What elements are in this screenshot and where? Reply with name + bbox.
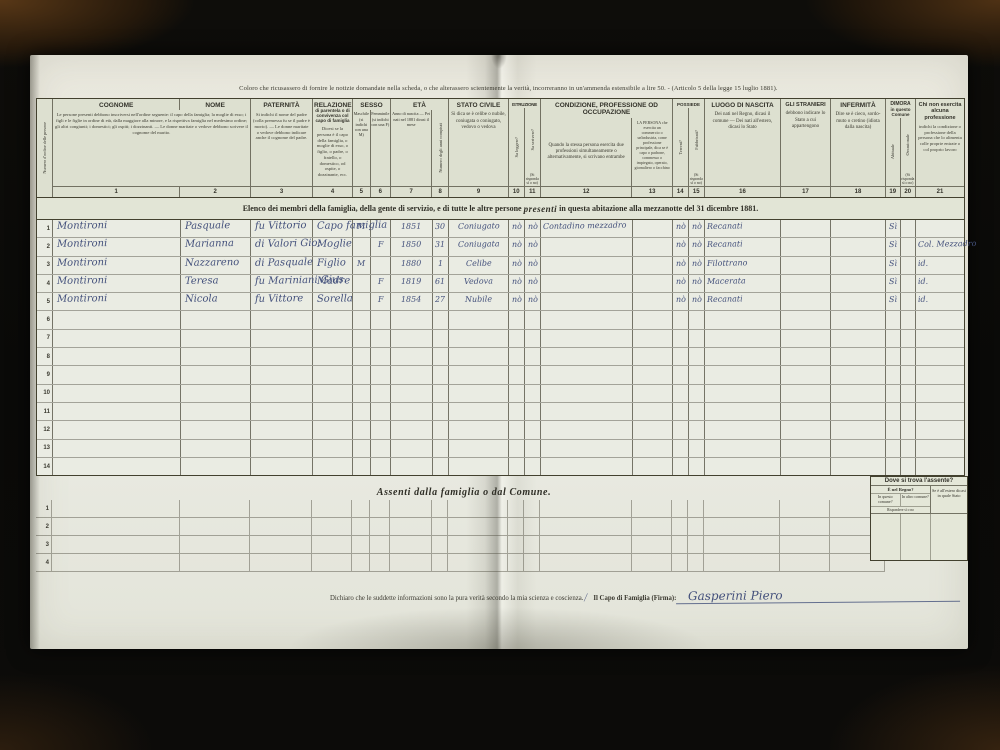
row-cell — [250, 536, 312, 553]
row-cell — [886, 385, 901, 402]
row-cell: nò — [673, 293, 689, 310]
row-cell: Recanati — [705, 238, 781, 255]
row-cell — [371, 348, 391, 365]
row-cell — [352, 554, 370, 571]
row-cell: 1850 — [391, 238, 433, 255]
declaration-line: Dichiaro che le suddette informazioni so… — [330, 589, 960, 604]
row-cell — [886, 366, 901, 383]
row-cell — [705, 348, 781, 365]
handwritten-entry: id. — [916, 295, 928, 304]
row-cell: Sì — [886, 238, 901, 255]
row-cell — [673, 385, 689, 402]
handwritten-entry: nò — [511, 277, 521, 286]
condizione-desc-col: Quando la stessa persona esercita due pr… — [541, 118, 632, 197]
absent-box-cell — [871, 514, 901, 560]
row-cell — [449, 458, 509, 475]
handwritten-entry: 1850 — [401, 240, 422, 249]
handwritten-entry: Teresa — [181, 275, 219, 287]
istruzione-title: ISTRUZIONE — [509, 99, 540, 108]
row-cell — [390, 554, 432, 571]
table-row: 10 — [37, 385, 964, 403]
row-number: 13 — [37, 440, 53, 457]
row-cell — [432, 500, 448, 517]
row-cell: nò — [509, 220, 525, 237]
row-cell — [313, 366, 353, 383]
handwritten-entry: Recanati — [705, 221, 743, 231]
absent-box-estero-label: Se è all'estero dicasi in quale Stato — [931, 486, 967, 513]
row-cell — [371, 330, 391, 347]
row-cell — [524, 536, 540, 553]
handwritten-entry: Pasquale — [181, 220, 230, 232]
dimora-occasionale-col: Occasionale (Si risponda sì o no) 20 — [901, 118, 915, 197]
col-num-10: 10 — [509, 186, 524, 197]
row-cell — [831, 257, 886, 274]
row-cell — [541, 385, 633, 402]
row-cell: Pasquale — [181, 220, 251, 237]
col-num-19: 19 — [886, 186, 900, 197]
row-cell — [831, 293, 886, 310]
row-cell — [181, 440, 251, 457]
handwritten-entry: nò — [691, 295, 701, 304]
handwritten-entry: M — [357, 222, 365, 231]
sesso-femminile-label: Femminile (si indichi con una F) — [371, 110, 390, 186]
handwritten-entry: Montironi — [53, 220, 108, 232]
row-cell — [251, 366, 313, 383]
dimora-abituale-col: Abituale 19 — [886, 118, 901, 197]
handwritten-entry: 30 — [435, 222, 445, 231]
row-cell — [312, 536, 352, 553]
row-cell: Moglie — [313, 238, 353, 255]
row-number: 12 — [37, 421, 53, 438]
row-cell — [831, 220, 886, 237]
row-cell — [540, 500, 632, 517]
table-row: 2 — [36, 518, 885, 536]
row-cell — [916, 220, 964, 237]
row-cell — [508, 500, 524, 517]
row-cell — [688, 554, 704, 571]
handwritten-entry: Sì — [889, 259, 897, 268]
row-cell — [432, 554, 448, 571]
handwritten-entry: nò — [691, 240, 701, 249]
row-cell: nò — [525, 257, 541, 274]
handwritten-entry: nò — [675, 295, 685, 304]
row-cell — [352, 500, 370, 517]
handwritten-entry: Nicola — [181, 294, 218, 306]
col-num-12: 12 — [541, 186, 631, 197]
luogo-nascita-title: LUOGO DI NASCITA — [705, 99, 780, 110]
row-cell — [353, 385, 371, 402]
row-cell — [370, 500, 390, 517]
handwritten-entry: nò — [511, 222, 521, 231]
col-num-9: 9 — [449, 186, 508, 197]
row-cell: Nicola — [181, 293, 251, 310]
row-cell — [353, 348, 371, 365]
row-cell — [781, 385, 831, 402]
row-cell: nò — [673, 257, 689, 274]
row-cell — [525, 458, 541, 475]
col-dimora-header: DIMORA in questo Comune Abituale 19 Occa… — [886, 99, 916, 197]
row-cell — [916, 440, 964, 457]
row-cell — [312, 500, 352, 517]
row-cell — [705, 311, 781, 328]
row-cell — [251, 311, 313, 328]
table-row: 4MontironiTeresafu Mariniani Gius.MadreF… — [37, 275, 964, 293]
row-cell — [916, 348, 964, 365]
row-cell: 1 — [433, 257, 449, 274]
row-number: 2 — [37, 238, 53, 255]
table-header: Numero d'ordine delle persone COGNOME NO… — [37, 99, 964, 198]
row-cell — [313, 440, 353, 457]
row-cell — [181, 458, 251, 475]
row-cell: Coniugato — [449, 220, 509, 237]
row-cell — [632, 554, 672, 571]
row-cell — [633, 385, 673, 402]
row-cell — [371, 385, 391, 402]
row-cell — [390, 500, 432, 517]
row-cell — [181, 330, 251, 347]
row-cell — [391, 403, 433, 420]
row-cell — [541, 330, 633, 347]
col-num-2: 2 — [180, 187, 250, 197]
row-cell — [672, 536, 688, 553]
table-row: 6 — [37, 311, 964, 329]
terreni-label: Terreni? — [678, 140, 683, 155]
row-cell — [689, 440, 705, 457]
dimora-abituale-label: Abituale — [890, 144, 895, 159]
row-cell — [390, 518, 432, 535]
row-cell — [689, 366, 705, 383]
possiede-note: (Si risponda sì o no) — [689, 172, 704, 186]
row-cell — [433, 403, 449, 420]
terreni-col: Terreni? 14 — [673, 108, 689, 197]
row-cell: Montironi — [53, 275, 181, 292]
row-cell — [508, 554, 524, 571]
row-cell — [916, 385, 964, 402]
handwritten-entry: 27 — [435, 295, 445, 304]
handwritten-entry: Madre — [313, 275, 350, 287]
row-cell: di Valori Gio: — [251, 238, 313, 255]
row-cell — [432, 518, 448, 535]
row-cell — [541, 238, 633, 255]
col-sesso-header: SESSO Maschile (si indichi con una M) 5 … — [353, 99, 391, 197]
row-cell: 1880 — [391, 257, 433, 274]
row-cell: id. — [916, 275, 964, 292]
row-cell: Celibe — [449, 257, 509, 274]
row-cell — [251, 330, 313, 347]
sesso-maschile-col: Maschile (si indichi con una M) 5 — [353, 110, 371, 197]
col-num-13: 13 — [632, 186, 672, 197]
col-num-8: 8 — [432, 186, 448, 197]
table-row: 1MontironiPasqualefu VittorioCapo famigl… — [37, 220, 964, 238]
col-num-17: 17 — [781, 186, 830, 197]
handwritten-entry: nò — [675, 277, 685, 286]
handwritten-entry: 1 — [438, 259, 443, 268]
col-chi-non-esercita-header: Chi non esercita alcuna professione indi… — [916, 99, 964, 197]
fabbricati-label: Fabbricati? — [694, 130, 699, 150]
row-number: 7 — [37, 330, 53, 347]
list-title-presenti: presenti — [522, 204, 560, 214]
row-cell: Capo famiglia — [313, 220, 353, 237]
row-cell — [705, 440, 781, 457]
table-row: 2MontironiMariannadi Valori Gio:MoglieF1… — [37, 238, 964, 256]
col-eta-header: ETÀ Anno di nascita — Pei nati nel 1881 … — [391, 99, 449, 197]
row-cell — [781, 311, 831, 328]
row-cell — [831, 458, 886, 475]
row-cell — [633, 366, 673, 383]
row-cell — [541, 403, 633, 420]
row-cell — [313, 385, 353, 402]
row-cell — [353, 403, 371, 420]
row-cell — [673, 348, 689, 365]
row-cell — [250, 500, 312, 517]
row-cell — [540, 518, 632, 535]
stato-civile-title: STATO CIVILE — [449, 99, 508, 110]
row-cell — [525, 330, 541, 347]
row-cell — [448, 536, 508, 553]
row-cell: Nubile — [449, 293, 509, 310]
row-cell — [901, 366, 916, 383]
row-cell — [449, 440, 509, 457]
row-cell: nò — [525, 220, 541, 237]
col-num-3: 3 — [251, 186, 312, 197]
col-num-5: 5 — [353, 186, 370, 197]
row-cell: nò — [689, 293, 705, 310]
handwritten-entry: F — [378, 240, 384, 249]
handwritten-entry: Recanati — [705, 295, 743, 305]
row-cell — [540, 536, 632, 553]
absent-box-cell — [901, 514, 931, 560]
row-cell: fu Mariniani Gius. — [251, 275, 313, 292]
row-cell — [371, 366, 391, 383]
row-cell: nò — [509, 293, 525, 310]
row-cell: fu Vittorio — [251, 220, 313, 237]
row-number: 9 — [37, 366, 53, 383]
handwritten-entry: Coniugata — [457, 240, 499, 250]
row-cell — [781, 458, 831, 475]
row-cell — [632, 518, 672, 535]
row-cell: Montironi — [53, 238, 181, 255]
row-cell — [353, 330, 371, 347]
row-cell — [705, 421, 781, 438]
row-cell — [886, 421, 901, 438]
row-cell — [525, 440, 541, 457]
row-cell — [632, 536, 672, 553]
handwritten-entry: 61 — [435, 277, 445, 286]
row-cell — [673, 458, 689, 475]
absent-box-altro-comune: In altro comune? — [901, 494, 930, 506]
condizione-title: CONDIZIONE, PROFESSIONE OD OCCUPAZIONE — [541, 99, 672, 118]
row-cell — [831, 311, 886, 328]
row-cell — [781, 421, 831, 438]
row-cell — [673, 440, 689, 457]
row-cell — [371, 421, 391, 438]
row-cell — [705, 385, 781, 402]
row-cell — [508, 536, 524, 553]
row-cell — [831, 348, 886, 365]
row-cell — [672, 554, 688, 571]
row-cell — [633, 257, 673, 274]
row-cell — [781, 440, 831, 457]
row-cell: 61 — [433, 275, 449, 292]
handwritten-entry: Sì — [889, 240, 897, 249]
row-cell — [53, 311, 181, 328]
row-cell — [886, 311, 901, 328]
handwritten-entry: fu Vittore — [251, 293, 304, 305]
col-num-7: 7 — [391, 186, 431, 197]
handwritten-entry: Montironi — [53, 293, 108, 305]
handwritten-entry: Celibe — [465, 258, 491, 267]
row-cell: Montironi — [53, 257, 181, 274]
row-cell — [781, 238, 831, 255]
row-cell — [371, 458, 391, 475]
row-cell — [541, 458, 633, 475]
row-cell — [449, 385, 509, 402]
row-cell — [541, 275, 633, 292]
row-cell: Figlio — [313, 257, 353, 274]
bottom-fold-shadow — [30, 569, 968, 649]
row-cell — [509, 440, 525, 457]
row-cell — [901, 458, 916, 475]
table-row: 14 — [37, 458, 964, 475]
dimora-subtitle: in questo Comune — [886, 108, 915, 118]
row-cell — [673, 421, 689, 438]
row-cell — [251, 348, 313, 365]
row-cell — [886, 348, 901, 365]
row-cell — [689, 348, 705, 365]
row-number: 1 — [37, 220, 53, 237]
table-row: 12 — [37, 421, 964, 439]
row-cell: Marianna — [181, 238, 251, 255]
row-cell — [541, 366, 633, 383]
absent-section-heading: Assenti dalla famiglia o dal Comune. — [30, 487, 898, 498]
row-cell: Montironi — [53, 220, 181, 237]
row-cell — [53, 421, 181, 438]
row-cell — [371, 403, 391, 420]
handwritten-entry: nò — [527, 240, 537, 249]
row-cell — [181, 366, 251, 383]
col-cognome-nome-header: COGNOME NOME Le persone presenti debbono… — [53, 99, 251, 197]
row-cell: nò — [689, 275, 705, 292]
row-cell — [313, 403, 353, 420]
stato-civile-desc: Si dica se è celibe o nubile, coniugata … — [449, 110, 508, 186]
chi-non-esercita-title: Chi non esercita alcuna professione — [916, 99, 964, 122]
col-stato-civile-header: STATO CIVILE Si dica se è celibe o nubil… — [449, 99, 509, 197]
row-cell — [250, 554, 312, 571]
row-cell — [901, 348, 916, 365]
col-num-6: 6 — [371, 186, 390, 197]
row-cell: Contadino mezzadro — [541, 220, 633, 237]
row-cell — [886, 440, 901, 457]
row-cell — [633, 403, 673, 420]
handwritten-entry: 31 — [435, 240, 445, 249]
stranieri-title: GLI STRANIERI — [781, 99, 830, 109]
row-cell — [371, 257, 391, 274]
row-cell: Sì — [886, 275, 901, 292]
row-cell: Sì — [886, 220, 901, 237]
col-numero-ordine-header: Numero d'ordine delle persone — [37, 99, 53, 197]
row-cell — [541, 348, 633, 365]
handwritten-entry: 1880 — [401, 258, 422, 267]
row-cell: Col. Mezzadro — [916, 238, 964, 255]
row-cell — [524, 500, 540, 517]
row-cell — [180, 554, 250, 571]
handwritten-entry: nò — [527, 295, 537, 304]
handwritten-entry: F — [378, 277, 384, 286]
row-cell — [53, 348, 181, 365]
row-cell — [704, 554, 780, 571]
col-paternita-header: PATERNITÀ Si indichi il nome del padre (… — [251, 99, 313, 197]
handwritten-entry: 1851 — [401, 222, 422, 231]
row-cell — [524, 554, 540, 571]
row-cell — [509, 366, 525, 383]
row-cell: Vedova — [449, 275, 509, 292]
row-cell — [633, 275, 673, 292]
absent-location-box: Dove si trova l'assente? È nel Regno? In… — [870, 476, 968, 561]
table-row: 5MontironiNicolafu VittoreSorellaF185427… — [37, 293, 964, 311]
row-cell — [449, 421, 509, 438]
handwritten-entry: di Valori Gio: — [251, 238, 321, 250]
handwritten-entry: nò — [691, 259, 701, 268]
row-cell — [391, 366, 433, 383]
row-cell — [181, 348, 251, 365]
row-number: 8 — [37, 348, 53, 365]
row-cell — [352, 518, 370, 535]
row-cell — [509, 385, 525, 402]
absent-box-title: Dove si trova l'assente? — [871, 477, 967, 486]
table-body: 1MontironiPasqualefu VittorioCapo famigl… — [37, 220, 964, 475]
row-cell: F — [371, 238, 391, 255]
row-cell — [433, 348, 449, 365]
row-cell — [689, 458, 705, 475]
row-cell — [371, 440, 391, 457]
row-cell — [353, 440, 371, 457]
table-row: 3 — [36, 536, 885, 554]
row-cell — [312, 554, 352, 571]
row-cell — [886, 403, 901, 420]
row-cell — [916, 366, 964, 383]
row-cell: id. — [916, 257, 964, 274]
handwritten-entry: F — [378, 295, 384, 304]
handwritten-entry: Nazzareno — [181, 257, 240, 269]
handwritten-entry: Montironi — [53, 238, 108, 250]
row-cell: Recanati — [705, 293, 781, 310]
handwritten-entry: Filottrano — [705, 258, 748, 268]
handwritten-entry: nò — [691, 277, 701, 286]
row-cell — [313, 421, 353, 438]
row-cell — [449, 403, 509, 420]
row-cell: F — [371, 293, 391, 310]
row-cell — [525, 421, 541, 438]
col-num-4: 4 — [313, 186, 352, 197]
row-cell: Montironi — [53, 293, 181, 310]
row-cell — [688, 518, 704, 535]
row-cell — [353, 238, 371, 255]
row-cell — [353, 421, 371, 438]
row-cell — [901, 385, 916, 402]
row-cell — [781, 403, 831, 420]
row-cell — [672, 500, 688, 517]
handwritten-entry: nò — [527, 259, 537, 268]
legal-warning-line: Coloro che ricusassero di fornire le not… — [68, 85, 950, 92]
row-cell — [449, 311, 509, 328]
handwritten-entry: nò — [691, 222, 701, 231]
handwritten-entry: nò — [511, 240, 521, 249]
col-num-16: 16 — [705, 186, 780, 197]
handwritten-entry: Capo famiglia — [313, 220, 388, 232]
row-cell — [633, 440, 673, 457]
row-cell — [433, 440, 449, 457]
handwritten-entry: nò — [675, 259, 685, 268]
